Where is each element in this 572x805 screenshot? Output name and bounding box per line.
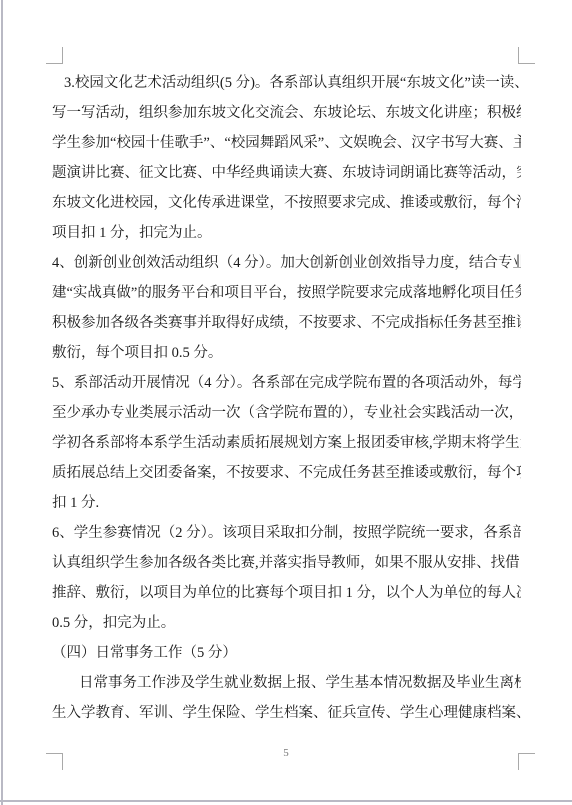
text-line: 认真组织学生参加各级各类比赛,并落实指导教师，如果不服从安排、找借口 — [52, 548, 521, 578]
text-line: 5、系部活动开展情况（4 分）。各系部在完成学院布置的各项活动外，每学期 — [52, 368, 521, 398]
text-line: 3.校园文化艺术活动组织(5 分)。各系部认真组织开展“东坡文化”读一读、 — [52, 68, 521, 98]
page-number: 5 — [0, 745, 572, 761]
text-line: 推辞、敷衍，以项目为单位的比赛每个项目扣 1 分，以个人为单位的每人次扣 — [52, 578, 521, 608]
document-page: 3.校园文化艺术活动组织(5 分)。各系部认真组织开展“东坡文化”读一读、 写一… — [0, 0, 572, 805]
text-line: 学初各系部将本系学生活动素质拓展规划方案上报团委审核,学期末将学生素 — [52, 428, 521, 458]
text-line: 敷衍，每个项目扣 0.5 分。 — [52, 338, 521, 368]
text-line: 4、创新创业创效活动组织（4 分）。加大创新创业创效指导力度，结合专业搭 — [52, 248, 521, 278]
text-line: 至少承办专业类展示活动一次（含学院布置的），专业社会实践活动一次，开 — [52, 398, 521, 428]
body-text: 3.校园文化艺术活动组织(5 分)。各系部认真组织开展“东坡文化”读一读、 写一… — [52, 68, 521, 728]
text-line: 6、学生参赛情况（2 分）。该项目采取扣分制，按照学院统一要求，各系部 — [52, 518, 521, 548]
text-line: 扣 1 分. — [52, 488, 521, 518]
crop-mark-top-right — [518, 47, 535, 64]
text-line: 0.5 分，扣完为止。 — [52, 608, 521, 638]
text-line: 学生参加“校园十佳歌手”、“校园舞蹈风采”、文娱晚会、汉字书写大赛、主 — [52, 128, 521, 158]
text-line: 生入学教育、军训、学生保险、学生档案、征兵宣传、学生心理健康档案、学 — [52, 698, 521, 728]
text-line: 题演讲比赛、征文比赛、中华经典诵读大赛、东坡诗词朗诵比赛等活动，突出 — [52, 158, 521, 188]
text-line: 东坡文化进校园，文化传承进课堂，不按照要求完成、推诿或敷衍，每个活动 — [52, 188, 521, 218]
text-line: 建“实战真做”的服务平台和项目平台，按照学院要求完成落地孵化项目任务， — [52, 278, 521, 308]
page-bottom-edge-line — [0, 800, 572, 802]
page-left-edge-line — [1, 0, 3, 805]
text-line: 积极参加各级各类赛事并取得好成绩，不按要求、不完成指标任务甚至推诿或 — [52, 308, 521, 338]
text-line: 日常事务工作涉及学生就业数据上报、学生基本情况数据及毕业生离校、新 — [52, 668, 521, 698]
crop-mark-top-left — [46, 47, 63, 64]
section-heading-line: （四）日常事务工作（5 分） — [52, 638, 521, 668]
text-line: 项目扣 1 分，扣完为止。 — [52, 218, 521, 248]
text-line: 质拓展总结上交团委备案，不按要求、不完成任务甚至推诿或敷衍，每个项目 — [52, 458, 521, 488]
text-line: 写一写活动，组织参加东坡文化交流会、东坡论坛、东坡文化讲座；积极组织 — [52, 98, 521, 128]
